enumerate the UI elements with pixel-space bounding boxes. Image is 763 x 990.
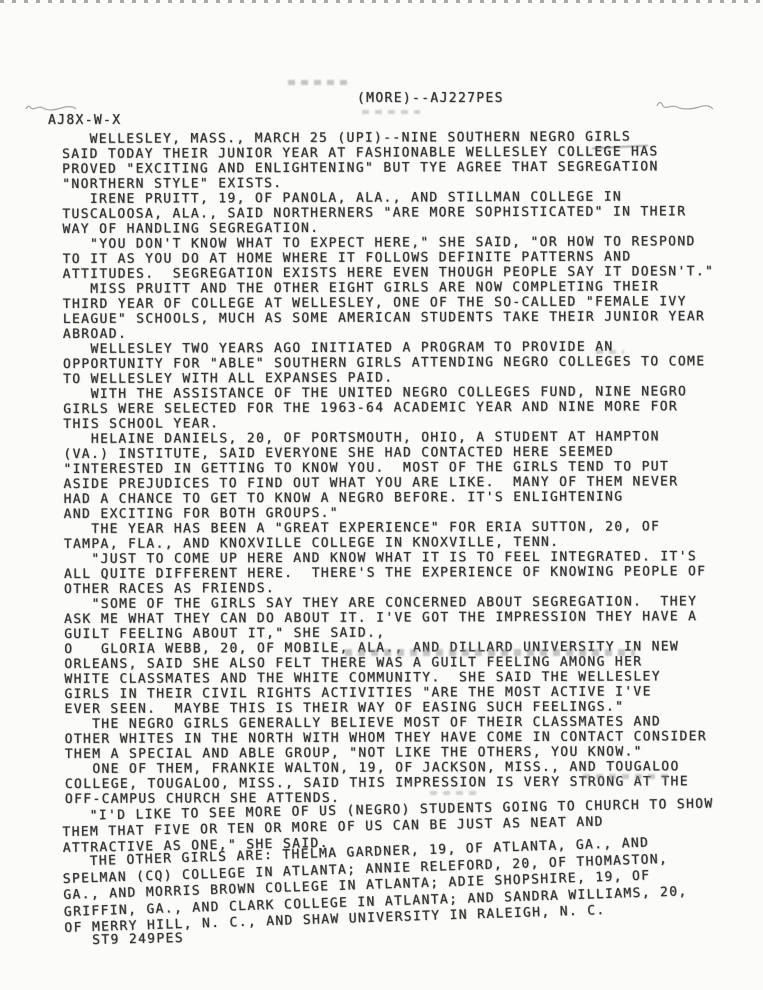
sign-off-line: ST9 249PES	[92, 931, 184, 948]
text-line: GIRLS WERE SELECTED FOR THE 1963-64 ACAD…	[63, 399, 715, 417]
text-line: OPPORTUNITY FOR "ABLE" SOUTHERN GIRLS AT…	[63, 354, 715, 372]
text-line: ALL QUITE DIFFERENT HERE. THERE'S THE EX…	[64, 564, 716, 582]
perforation-edge	[0, 0, 763, 3]
smudge-mark-under-more	[362, 110, 420, 114]
smudge-mark-right-low	[583, 774, 673, 779]
text-line: ASK ME WHAT THEY CAN DO ABOUT IT. I'VE G…	[64, 609, 716, 627]
text-line: HELAINE DANIELS, 20, OF PORTSMOUTH, OHIO…	[63, 429, 715, 447]
smudge-mark-attends	[430, 791, 476, 795]
wire-more-line: (MORE)--AJ227PES	[357, 91, 504, 106]
smudge-mark-fund	[596, 350, 624, 354]
wire-slug: AJ8X-W-X	[48, 113, 121, 128]
erasure-mark-midpage	[345, 649, 635, 656]
text-line: TUSCALOOSA, ALA., SAID NORTHERNERS "ARE …	[62, 204, 714, 222]
text-line: LEAGUE" SCHOOLS, MUCH AS SOME AMERICAN S…	[63, 309, 715, 327]
erasure-mark-header	[288, 80, 350, 85]
wire-copy-page: (MORE)--AJ227PES AJ8X-W-X WELLESLEY, MAS…	[0, 0, 763, 990]
text-line: PROVED "EXCITING AND ENLIGHTENING" BUT T…	[62, 159, 714, 177]
article-body: WELLESLEY, MASS., MARCH 25 (UPI)--NINE S…	[62, 129, 716, 807]
text-line: THE YEAR HAS BEEN A "GREAT EXPERIENCE" F…	[64, 519, 716, 537]
pen-squiggle-right	[655, 97, 715, 111]
text-line: HAD A CHANCE TO GET TO KNOW A NEGRO BEFO…	[64, 489, 716, 507]
